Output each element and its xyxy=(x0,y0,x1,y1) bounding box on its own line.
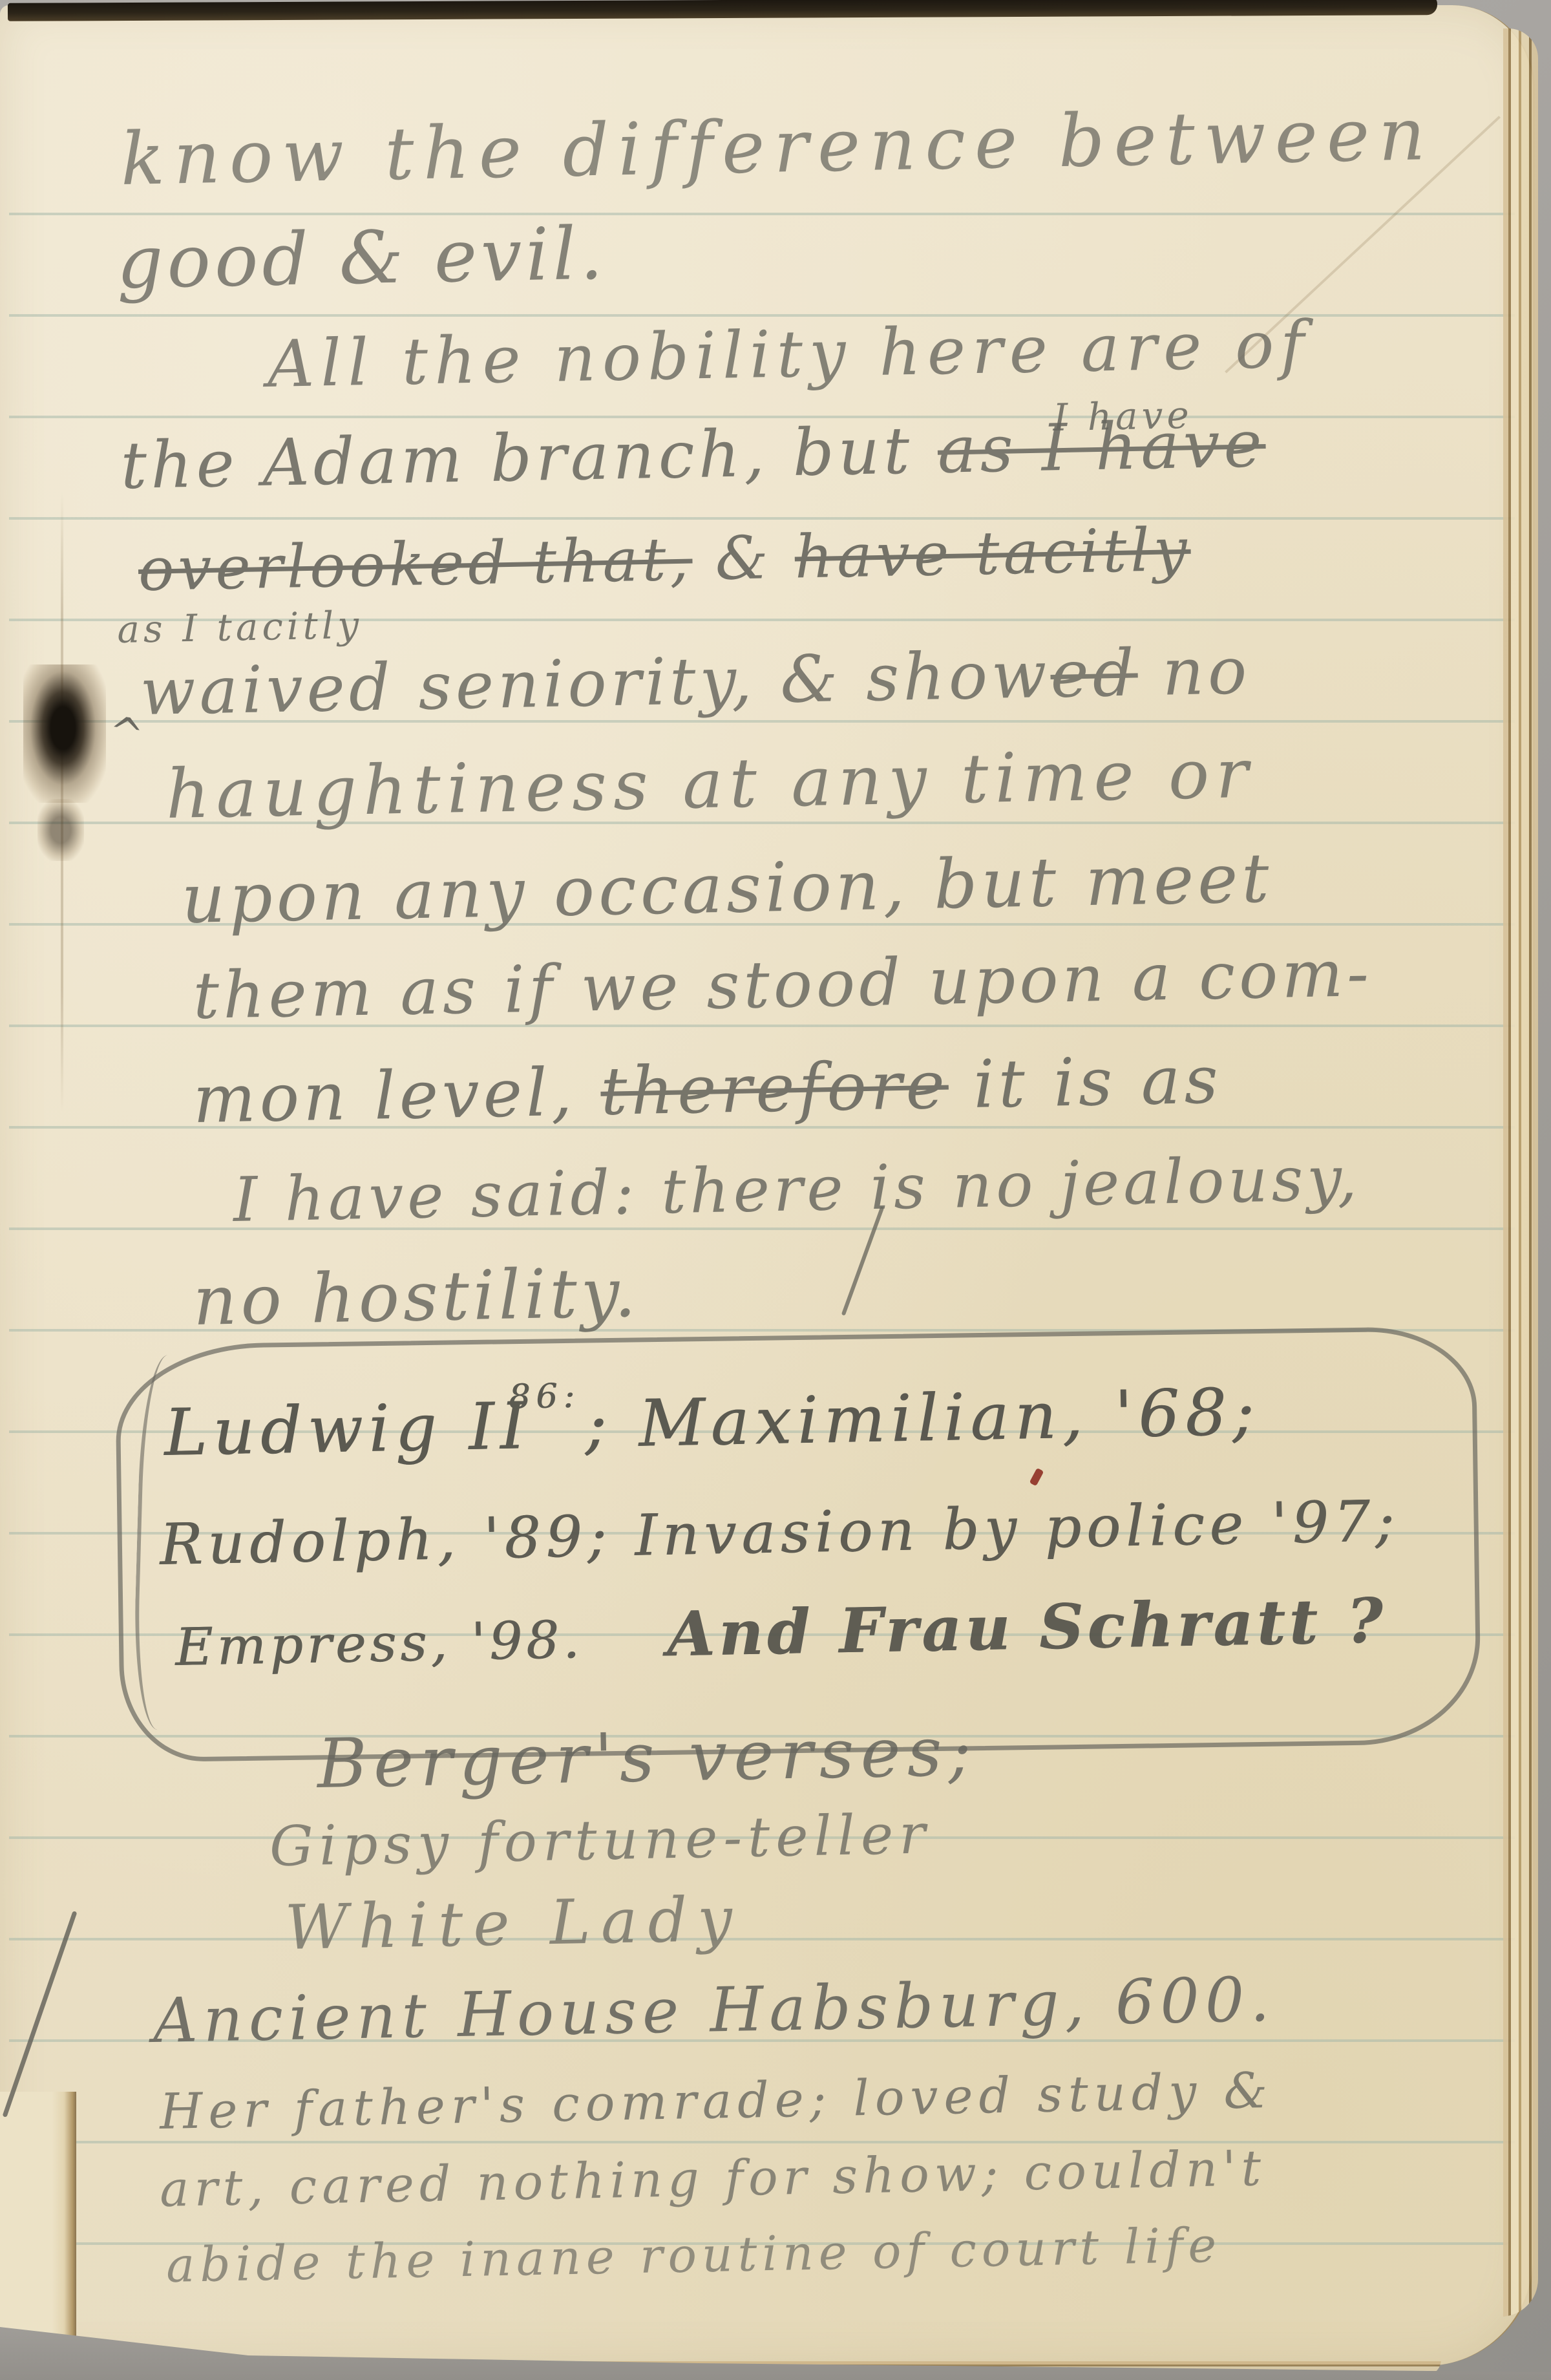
adjacent-page-fold xyxy=(0,2092,76,2363)
manuscript-line-16: Berger's verses; xyxy=(317,1712,978,1803)
text-segment: And Frau Schratt ? xyxy=(666,1585,1387,1670)
struck-text-segment: have tacitly xyxy=(794,515,1192,592)
text-segment: Gipsy fortune-teller xyxy=(269,1802,932,1879)
manuscript-line-2: good & evil. xyxy=(116,211,607,305)
text-segment: the Adam branch, but xyxy=(120,412,938,504)
text-segment: ; Maximilian, '68; xyxy=(584,1374,1261,1462)
manuscript-line-18: White Lady xyxy=(284,1884,743,1964)
text-segment: Ludwig II xyxy=(164,1388,532,1471)
text-segment: Empress, '98. xyxy=(174,1610,584,1677)
struck-text-segment: therefore xyxy=(600,1047,949,1131)
struck-text-segment: as I have xyxy=(937,406,1267,488)
manuscript-line-12: no hostility. xyxy=(193,1253,640,1341)
manuscript-line-17: Gipsy fortune-teller xyxy=(269,1802,932,1879)
text-segment: good & evil. xyxy=(116,211,607,305)
text-segment: & xyxy=(691,523,795,594)
photograph-backdrop: know the difference between good & evil.… xyxy=(0,0,1551,2380)
ink-blot xyxy=(23,664,106,803)
interlinear-insertion: as I tacitly xyxy=(117,603,363,652)
struck-text-segment: ed xyxy=(1050,635,1138,712)
text-segment: it is as xyxy=(948,1041,1223,1123)
superscript-segment: 86: xyxy=(509,1377,581,1417)
text-segment: as I tacitly xyxy=(117,603,363,652)
text-segment: White Lady xyxy=(284,1884,743,1964)
text-segment: mon level, xyxy=(193,1054,602,1138)
struck-text-segment: overlooked that, xyxy=(138,525,693,604)
text-segment: Berger's verses; xyxy=(317,1712,978,1803)
ink-blot-satellite xyxy=(37,799,84,861)
page-edge-stack-right xyxy=(1501,28,1538,2317)
text-segment: no hostility. xyxy=(193,1253,640,1341)
text-segment: no xyxy=(1137,633,1252,710)
